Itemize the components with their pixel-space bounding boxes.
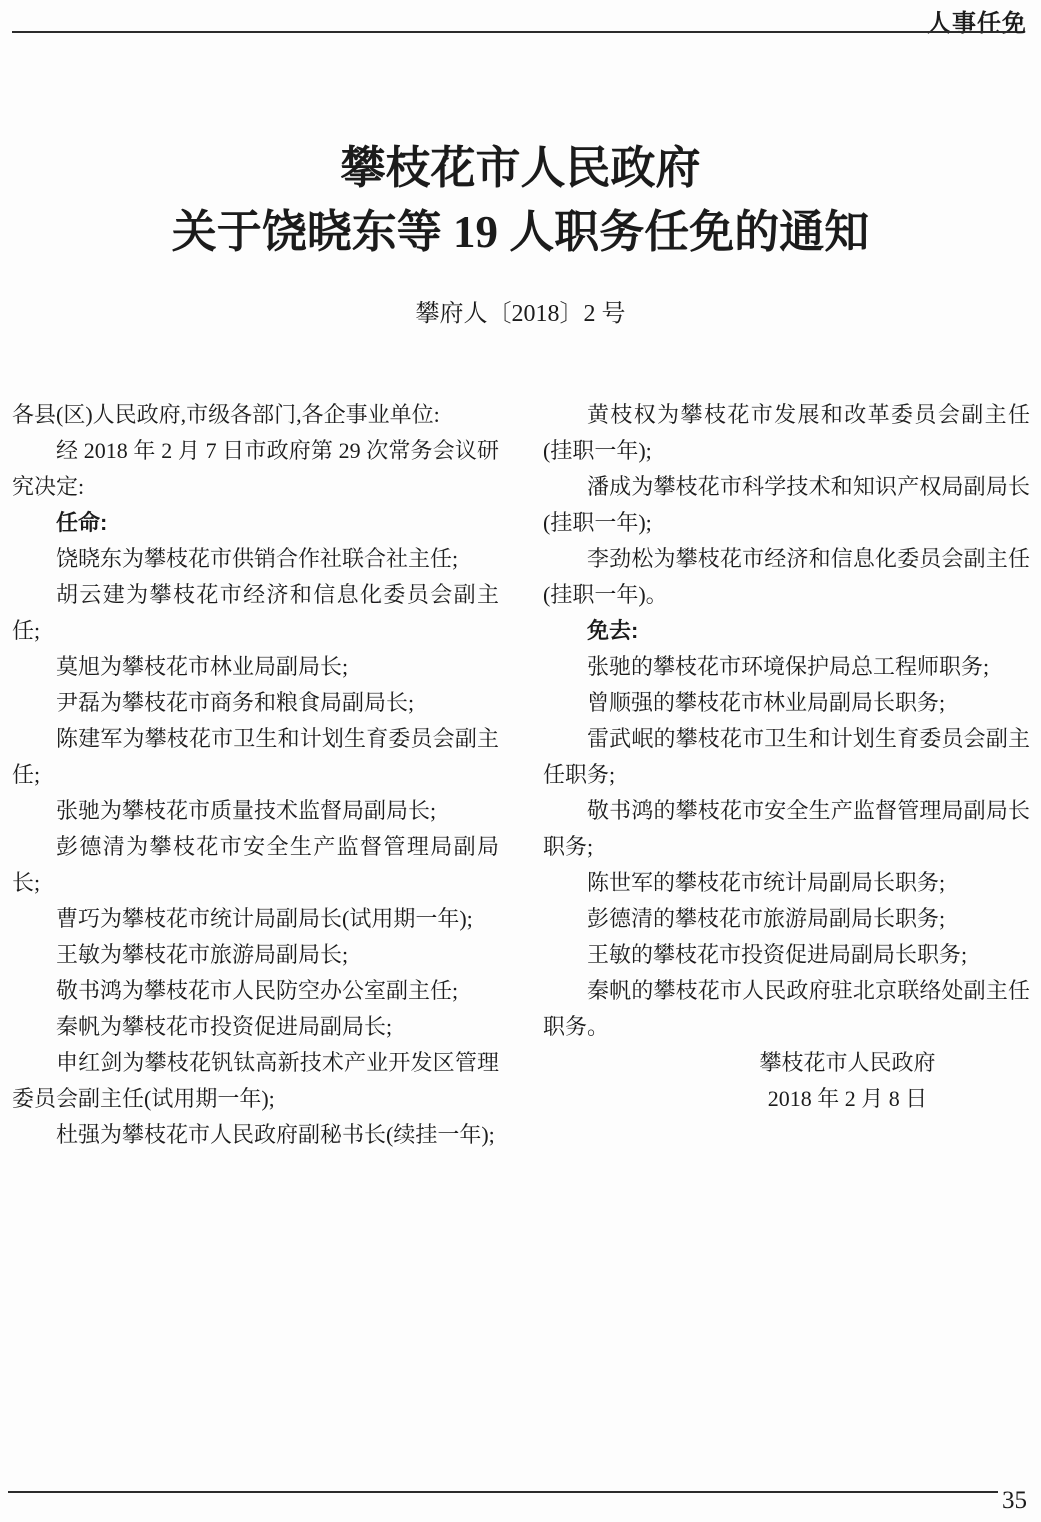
appointment-item: 胡云建为攀枝花市经济和信息化委员会副主任; [12,577,499,649]
removal-item: 秦帆的攀枝花市人民政府驻北京联络处副主任职务。 [543,973,1030,1045]
appointment-item: 曹巧为攀枝花市统计局副局长(试用期一年); [12,901,499,937]
appointment-item: 彭德清为攀枝花市安全生产监督管理局副局长; [12,829,499,901]
appointment-item: 黄枝权为攀枝花市发展和改革委员会副主任(挂职一年); [543,397,1030,469]
removal-item: 彭德清的攀枝花市旅游局副局长职务; [543,901,1030,937]
document-number: 攀府人〔2018〕2 号 [0,293,1041,328]
document-page: 人事任免 攀枝花市人民政府 关于饶晓东等 19 人职务任免的通知 攀府人〔201… [0,0,1041,1522]
removal-item: 雷武岷的攀枝花市卫生和计划生育委员会副主任职务; [543,721,1030,793]
appointment-item: 敬书鸿为攀枝花市人民防空办公室副主任; [12,973,499,1009]
appointment-item: 潘成为攀枝花市科学技术和知识产权局副局长(挂职一年); [543,469,1030,541]
removals-heading: 免去: [543,613,1030,649]
removal-item: 陈世军的攀枝花市统计局副局长职务; [543,865,1030,901]
removal-item: 敬书鸿的攀枝花市安全生产监督管理局副局长职务; [543,793,1030,865]
appointment-item: 莫旭为攀枝花市林业局副局长; [12,649,499,685]
document-title: 攀枝花市人民政府 关于饶晓东等 19 人职务任免的通知 [0,136,1041,264]
appointment-item: 李劲松为攀枝花市经济和信息化委员会副主任(挂职一年)。 [543,541,1030,613]
removal-item: 曾顺强的攀枝花市林业局副局长职务; [543,685,1030,721]
signature-issuer: 攀枝花市人民政府 [665,1045,1030,1081]
appointment-item: 杜强为攀枝花市人民政府副秘书长(续挂一年); [12,1117,499,1153]
header-rule [12,31,1016,33]
signature-block: 攀枝花市人民政府 2018 年 2 月 8 日 [543,1045,1030,1117]
document-body-columns: 各县(区)人民政府,市级各部门,各企事业单位: 经 2018 年 2 月 7 日… [12,397,1030,1155]
removal-item: 王敏的攀枝花市投资促进局副局长职务; [543,937,1030,973]
signature-date: 2018 年 2 月 8 日 [665,1081,1030,1117]
appointment-item: 王敏为攀枝花市旅游局副局长; [12,937,499,973]
removal-item: 张驰的攀枝花市环境保护局总工程师职务; [543,649,1030,685]
salutation-line: 各县(区)人民政府,市级各部门,各企事业单位: [12,397,499,433]
document-title-line1: 攀枝花市人民政府 [340,143,700,193]
appointment-item: 陈建军为攀枝花市卫生和计划生育委员会副主任; [12,721,499,793]
appointment-item: 秦帆为攀枝花市投资促进局副局长; [12,1009,499,1045]
appointment-item: 张驰为攀枝花市质量技术监督局副局长; [12,793,499,829]
intro-paragraph: 经 2018 年 2 月 7 日市政府第 29 次常务会议研究决定: [12,433,499,505]
removals-list: 张驰的攀枝花市环境保护局总工程师职务;曾顺强的攀枝花市林业局副局长职务;雷武岷的… [543,649,1030,1045]
appointment-item: 申红剑为攀枝花钒钛高新技术产业开发区管理委员会副主任(试用期一年); [12,1045,499,1117]
appointment-item: 饶晓东为攀枝花市供销合作社联合社主任; [12,541,499,577]
footer-rule [8,1491,998,1493]
appointment-item: 尹磊为攀枝花市商务和粮食局副局长; [12,685,499,721]
appointments-heading: 任命: [12,505,499,541]
document-title-line2: 关于饶晓东等 19 人职务任免的通知 [172,207,870,257]
page-number: 35 [1002,1487,1027,1515]
